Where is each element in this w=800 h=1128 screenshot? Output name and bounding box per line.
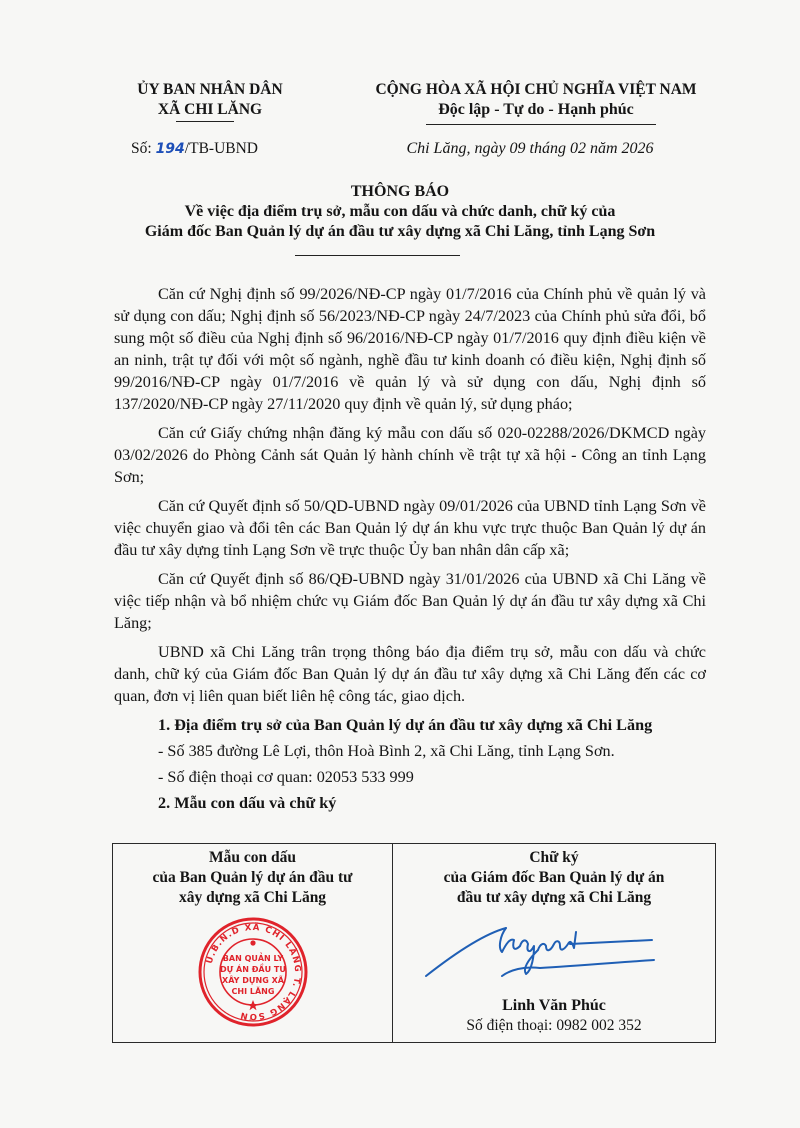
- number-suffix: /TB-UBND: [185, 140, 258, 157]
- signature-header-line-3: đầu tư xây dựng xã Chi Lăng: [399, 888, 709, 908]
- stamp-signature-table: Mẫu con dấu của Ban Quản lý dự án đầu tư…: [112, 843, 716, 1043]
- seal-icon: U.B.N.D XÃ CHI LĂNG T. LẠNG SƠN BAN QUẢN…: [197, 916, 309, 1028]
- agency-line-2: XÃ CHI LĂNG: [110, 100, 310, 120]
- document-page: ỦY BAN NHÂN DÂN XÃ CHI LĂNG CỘNG HÒA XÃ …: [0, 0, 800, 1128]
- official-seal: U.B.N.D XÃ CHI LĂNG T. LẠNG SƠN BAN QUẢN…: [197, 916, 309, 1028]
- place-date: Chi Lăng, ngày 09 tháng 02 năm 2026: [370, 140, 690, 158]
- section-2-heading: 2. Mẫu con dấu và chữ ký: [114, 792, 706, 814]
- signer-phone: Số điện thoại: 0982 002 352: [399, 1016, 709, 1036]
- number-prefix: Số:: [131, 140, 156, 157]
- agency-line-1: ỦY BAN NHÂN DÂN: [110, 80, 310, 100]
- nation-line-2: Độc lập - Tự do - Hạnh phúc: [346, 100, 726, 120]
- title-main: THÔNG BÁO: [100, 182, 700, 202]
- signature-header-line-1: Chữ ký: [399, 848, 709, 868]
- stamp-header-line-1: Mẫu con dấu: [119, 848, 386, 868]
- paragraph-legal-basis-2: Căn cứ Giấy chứng nhận đăng ký mẫu con d…: [114, 422, 706, 488]
- national-motto: CỘNG HÒA XÃ HỘI CHỦ NGHĨA VIỆT NAM Độc l…: [346, 80, 726, 120]
- paragraph-legal-basis-3: Căn cứ Quyết định số 50/QD-UBND ngày 09/…: [114, 495, 706, 561]
- section-1-address: - Số 385 đường Lê Lợi, thôn Hoà Bình 2, …: [114, 740, 706, 762]
- title-sub-line-1: Về việc địa điểm trụ sở, mẫu con dấu và …: [100, 202, 700, 222]
- section-1-phone: - Số điện thoại cơ quan: 02053 533 999: [114, 766, 706, 788]
- handwritten-number: 194: [156, 141, 185, 157]
- seal-inner-line-1: BAN QUẢN LÝ: [222, 952, 283, 963]
- title-underline: [295, 255, 460, 256]
- paragraph-legal-basis-4: Căn cứ Quyết định số 86/QĐ-UBND ngày 31/…: [114, 568, 706, 634]
- signature-cell: Chữ ký của Giám đốc Ban Quản lý dự án đầ…: [393, 844, 716, 1043]
- seal-inner-line-4: CHI LĂNG: [231, 985, 274, 996]
- issuing-agency: ỦY BAN NHÂN DÂN XÃ CHI LĂNG: [110, 80, 310, 120]
- document-number: Số: 194/TB-UBND: [131, 140, 258, 158]
- section-1-heading: 1. Địa điểm trụ sở của Ban Quản lý dự án…: [114, 714, 706, 736]
- seal-inner-line-3: XÂY DỰNG XÃ: [222, 974, 285, 985]
- seal-inner-line-2: DỰ ÁN ĐẦU TƯ: [219, 962, 285, 974]
- stamp-header-line-2: của Ban Quản lý dự án đầu tư: [119, 868, 386, 888]
- stamp-cell: Mẫu con dấu của Ban Quản lý dự án đầu tư…: [113, 844, 393, 1043]
- document-title: THÔNG BÁO Về việc địa điểm trụ sở, mẫu c…: [100, 182, 700, 242]
- handwritten-signature-icon: [414, 914, 694, 994]
- nation-line-1: CỘNG HÒA XÃ HỘI CHỦ NGHĨA VIỆT NAM: [346, 80, 726, 100]
- title-sub-line-2: Giám đốc Ban Quản lý dự án đầu tư xây dự…: [100, 222, 700, 242]
- paragraph-announcement: UBND xã Chi Lăng trân trọng thông báo đị…: [114, 641, 706, 707]
- signer-name: Linh Văn Phúc: [399, 996, 709, 1016]
- stamp-header-line-3: xây dựng xã Chi Lăng: [119, 888, 386, 908]
- signature-header-line-2: của Giám đốc Ban Quản lý dự án: [399, 868, 709, 888]
- document-body: Căn cứ Nghị định số 99/2026/NĐ-CP ngày 0…: [114, 283, 706, 818]
- agency-underline: [176, 121, 234, 122]
- paragraph-legal-basis-1: Căn cứ Nghị định số 99/2026/NĐ-CP ngày 0…: [114, 283, 706, 415]
- motto-underline: [426, 124, 656, 125]
